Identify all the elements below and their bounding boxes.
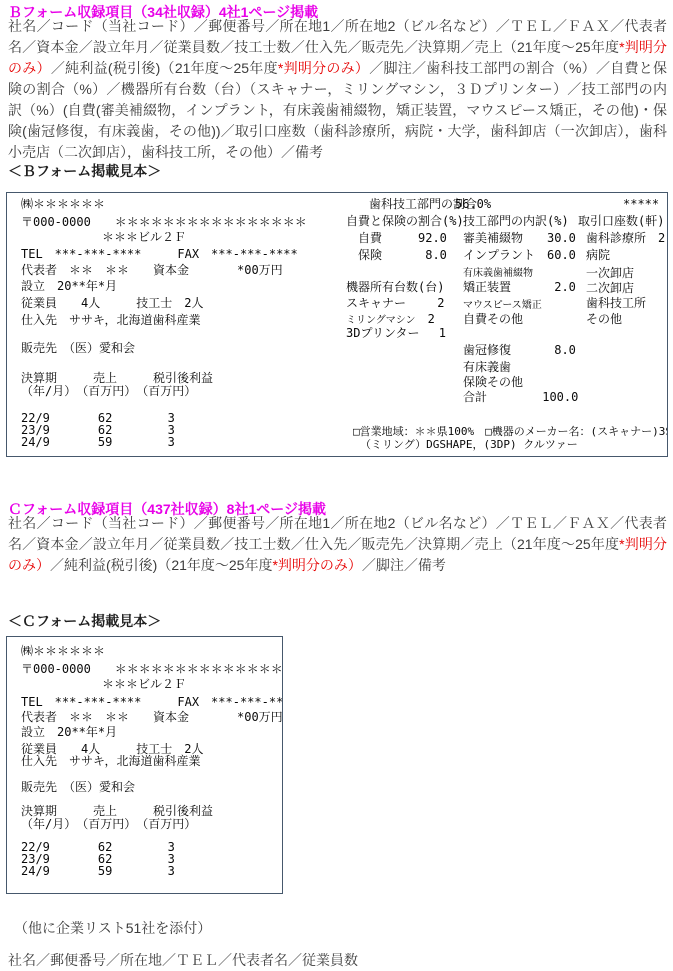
document-page: Ｂフォーム収録項目（34社収録）4社1ページ掲載 社名／コード（当社コード）／郵… — [0, 0, 673, 971]
attachment-note: （他に企業リスト51社を添付） — [14, 918, 211, 938]
col4-primary-wholesaler: 一次卸店 — [586, 267, 634, 280]
col2-hoken: 保険 8.0 — [346, 249, 447, 262]
col3-yusho-hotei: 有床義歯補綴物 — [463, 267, 533, 280]
col3-yusho: 有床義歯 — [463, 361, 511, 374]
col2-printer: 3Dプリンター 1 — [346, 327, 446, 340]
b-fin-row-3: 24/9 59 3 — [21, 436, 175, 449]
c-representative-capital: 代表者 ＊＊ ＊＊ 資本金 *00万円 — [21, 711, 283, 724]
c-company-name: ㈱＊＊＊＊＊＊ — [21, 645, 105, 658]
b-footnote-2: （ミリング）DGSHAPE，(3DP) クルツァー — [360, 438, 578, 451]
b-footnote-1: □営業地域：＊＊県100% □機器のメーカー名：(スキャナー)3Shape， — [353, 425, 668, 438]
col4-secondary-wholesaler: 二次卸店 — [586, 282, 634, 295]
b-fin-header-2: （年/月） （百万円） （百万円） — [21, 385, 196, 398]
b-fields-seg1: 社名／コード（当社コード）／郵便番号／所在地1／所在地2（ビル名など）／ＴＥＬ／… — [8, 18, 667, 55]
col4-other: その他 — [586, 313, 622, 326]
col4-header: 取引口座数(軒) — [578, 215, 664, 228]
col2-scanner: スキャナー 2 — [346, 297, 444, 310]
c-fields-seg3: ／脚注／備考 — [362, 557, 446, 573]
c-customer: 販売先 （医）愛和会 — [21, 781, 135, 794]
c-tel-fax: TEL ***-***-**** FAX ***-***-**** — [21, 696, 283, 709]
col3-header: 技工部門の内訳(%) — [463, 215, 569, 228]
col4-clinic: 歯科診療所 2 — [586, 232, 665, 245]
attached-list-fields: 社名／郵便番号／所在地／ＴＥＬ／代表者名／従業員数 — [8, 950, 358, 970]
col3-shikan: 歯冠修復 8.0 — [463, 344, 576, 357]
col2-milling-count: 2 — [428, 312, 435, 326]
b-representative-capital: 代表者 ＊＊ ＊＊ 資本金 *00万円 — [21, 264, 283, 277]
c-sample-box: ㈱＊＊＊＊＊＊ 〒000-0000 ＊＊＊＊＊＊＊＊＊＊＊＊＊＊＊＊ ＊＊＊ビル… — [6, 636, 283, 894]
c-fin-header-2: （年/月） （百万円） （百万円） — [21, 818, 196, 831]
c-fields-red2: *判明分のみ） — [272, 557, 361, 573]
col2-machines-header: 機器所有台数(台) — [346, 281, 444, 294]
c-sample-heading: ＜Ｃフォーム掲載見本＞ — [8, 611, 161, 631]
c-supplier: 仕入先 ササキ，北海道歯科産業 — [21, 755, 201, 768]
col3-implant: インプラント 60.0 — [463, 249, 576, 262]
col3-jihi-other: 自費その他 — [463, 313, 523, 326]
c-building: ＊＊＊ビル２Ｆ — [102, 678, 186, 691]
b-supplier: 仕入先 ササキ，北海道歯科産業 — [21, 314, 201, 327]
b-fields-seg2: ／純利益(税引後)（21年度～25年度 — [51, 60, 278, 76]
dept-ratio-value: 56.0% — [455, 198, 491, 211]
masked-stars: ***** — [623, 198, 659, 211]
col4-dental-lab: 歯科技工所 — [586, 297, 646, 310]
b-sample-box: ㈱＊＊＊＊＊＊ 〒000-0000 ＊＊＊＊＊＊＊＊＊＊＊＊＊＊＊＊ ＊＊＊ビル… — [6, 192, 668, 457]
col3-kyosei: 矯正装置 2.0 — [463, 281, 576, 294]
b-company-name: ㈱＊＊＊＊＊＊ — [21, 198, 105, 211]
col3-mouthpiece: マウスピース矯正 — [463, 299, 542, 312]
b-building: ＊＊＊ビル２Ｆ — [102, 231, 186, 244]
c-postal-address: 〒000-0000 ＊＊＊＊＊＊＊＊＊＊＊＊＊＊＊＊ — [21, 663, 283, 676]
col2-header: 自費と保険の割合(%) — [346, 215, 464, 228]
b-form-field-list: 社名／コード（当社コード）／郵便番号／所在地1／所在地2（ビル名など）／ＴＥＬ／… — [8, 16, 667, 163]
c-fin-row-3: 24/9 59 3 — [21, 865, 175, 878]
c-form-field-list: 社名／コード（当社コード）／郵便番号／所在地1／所在地2（ビル名など）／ＴＥＬ／… — [8, 513, 667, 576]
b-fields-red2: *判明分のみ） — [278, 60, 369, 76]
b-customer: 販売先 （医）愛和会 — [21, 342, 135, 355]
c-fields-seg2: ／純利益(税引後)（21年度～25年度 — [50, 557, 272, 573]
col2-milling-value — [416, 312, 428, 326]
b-sample-heading: ＜Ｂフォーム掲載見本＞ — [8, 161, 161, 181]
col2-jihi: 自費 92.0 — [346, 232, 447, 245]
col3-hoken-other: 保険その他 — [463, 376, 523, 389]
b-founded: 設立 20**年*月 — [21, 280, 117, 293]
col3-total: 合計 100.0 — [463, 391, 578, 404]
c-fields-seg1: 社名／コード（当社コード）／郵便番号／所在地1／所在地2（ビル名など）／ＴＥＬ／… — [8, 515, 667, 552]
col2-milling: ミリングマシン 2 — [346, 313, 435, 327]
col2-milling-label: ミリングマシン — [346, 315, 416, 326]
b-tel-fax: TEL ***-***-**** FAX ***-***-**** — [21, 248, 298, 261]
c-founded: 設立 20**年*月 — [21, 726, 117, 739]
col3-shinbi: 審美補綴物 30.0 — [463, 232, 576, 245]
b-staff-count: 従業員 4人 技工士 2人 — [21, 297, 203, 310]
col4-hospital: 病院 — [586, 249, 610, 262]
b-postal-address: 〒000-0000 ＊＊＊＊＊＊＊＊＊＊＊＊＊＊＊＊ — [21, 216, 307, 229]
